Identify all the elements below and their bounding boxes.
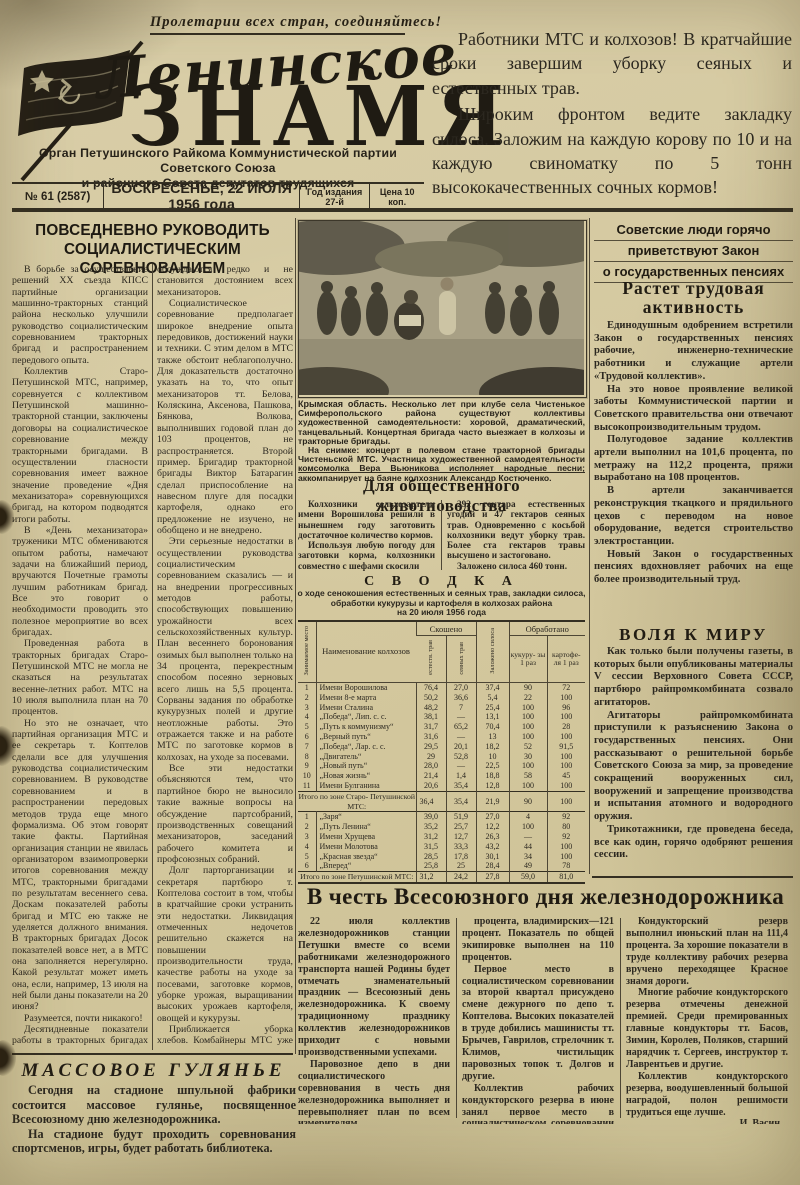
paragraph: Многие рабочие кондукторского резерва от… [626,987,788,1070]
festivity-text: Сегодня на стадионе шпульной фабрики сос… [12,1083,296,1156]
table-cell: 100 [547,781,585,791]
table-cell: 12,8 [476,781,509,791]
svodka-total1: Итого по зоне Старо- Петушинской МТС: 36… [298,791,585,812]
col-header-potato: картофе- ля 1 раз [547,636,585,683]
festivity-title: МАССОВОЕ ГУЛЯНЬЕ [12,1060,295,1082]
table-cell: 100 [547,732,585,742]
col-header-silage: Заложено силоса [489,628,496,674]
paragraph: Долг парторганизации и секретаря партбюр… [157,865,293,1024]
table-cell: 28,4 [476,861,509,871]
table-cell: 4 [298,842,316,852]
paragraph: В «День механизатора» труженики МТС обме… [12,525,148,638]
photo-caption: Крымская область. Несколько лет при клуб… [298,400,585,483]
livestock-rule [298,472,585,473]
railway-col3: Кондукторский резерв выполнил июньский п… [626,916,788,1124]
pensions-title-line1: Растет трудовая [594,279,793,298]
table-cell: 29,5 [416,742,446,752]
paragraph: На это новое проявление великой заботы К… [594,384,793,435]
svodka-subtitle-3: на 20 июля 1956 года [292,608,591,618]
table-cell: 76,4 [416,683,446,693]
peace-title: ВОЛЯ К МИРУ [594,625,793,645]
paragraph: Эти серьезные недостатки в осуществлении… [157,536,293,763]
table-cell: 17,8 [446,852,476,862]
paragraph: Новый Закон о государственных пенсиях вд… [594,549,793,587]
table-cell: 2 [298,693,316,703]
table-cell: 25,8 [416,861,446,871]
table-cell: 65,2 [446,722,476,732]
table-cell: 28,5 [416,852,446,862]
table-cell: 45 [547,771,585,781]
table-cell: 100 [547,712,585,722]
table-cell: 2 [298,822,316,832]
table-cell: 7 [446,703,476,713]
paragraph: процента, владимирских—121 процент. Пока… [462,916,614,964]
svodka-group1: 1Имени Ворошилова76,427,037,490722Имени … [298,683,585,792]
table-cell: 31,2 [416,832,446,842]
table-cell: 78 [547,861,585,871]
paragraph: Все эти недостатки объясняются тем, что … [157,763,293,865]
svodka-total2: Итого по зоне Петушинской МТС: 31,2 24,2… [298,872,585,883]
table-cell: Имени Хрущева [316,832,416,842]
table-cell: 91,5 [547,742,585,752]
table-cell: 100 [547,842,585,852]
pensions-body: Единодушным одобрением встретили Закон о… [594,320,793,620]
col-header-place: Занимаемое место [303,626,310,675]
table-cell: 33,3 [446,842,476,852]
table-cell: 35,2 [416,822,446,832]
table-cell: Имени Ворошилова [316,683,416,693]
table-cell: 1,4 [446,771,476,781]
paragraph: 22 июля коллектив железнодорожников стан… [298,916,450,1059]
kicker-line1: Советские люди горячо [594,220,793,241]
table-cell: 31,7 [416,722,446,732]
svodka-subtitle: о ходе сенокошения естественных и сеяных… [292,589,591,618]
paragraph: Первое место в социалистическом соревнов… [462,964,614,1083]
table-cell: 1 [298,812,316,822]
table-cell: 11 [298,781,316,791]
table-cell: 96 [547,703,585,713]
table-row: 8„Двигатель“2952,81030100 [298,752,585,762]
table-cell: 7 [298,742,316,752]
table-cell: 25,7 [446,822,476,832]
table-cell: 27,0 [476,812,509,822]
livestock-col1: Колхозники сельхозартели имени Ворошилов… [298,499,435,572]
table-cell: 4 [298,712,316,722]
lead-col2: Социалистическое соревнование предполага… [157,264,293,1050]
table-cell: 22 [509,693,547,703]
masthead-rule [12,208,793,212]
photo-image [299,221,584,395]
table-cell: 3 [298,832,316,842]
railway-title: В честь Всесоюзного дня железнодорожника [298,884,793,910]
table-cell: — [509,832,547,842]
table-cell: Имени Сталина [316,703,416,713]
front-page-slogan: Работники МТС и колхозов! В кратчайшие с… [432,27,792,200]
table-cell: „Заря“ [316,812,416,822]
table-cell: 8 [298,752,316,762]
table-cell: 37,4 [476,683,509,693]
table-row: 2Имени 8-е марта50,236,65,422100 [298,693,585,703]
paragraph: Сегодня на стадионе шпульной фабрики сос… [12,1083,296,1127]
table-row: 5„Путь к коммунизму“31,765,270,410028 [298,722,585,732]
table-cell: 30,1 [476,852,509,862]
table-row: 3Имени Сталина48,2725,410096 [298,703,585,713]
table-cell: 25 [446,861,476,871]
table-cell: Имени 8-е марта [316,693,416,703]
pensions-title-line2: активность [594,298,793,317]
festivity-rule [12,1053,293,1055]
table-cell: Имени Молотова [316,842,416,852]
table-cell: 52 [509,742,547,752]
table-cell: 36,6 [446,693,476,703]
paragraph: Колхозники сельхозартели имени Ворошилов… [298,499,435,540]
table-cell: 49 [509,861,547,871]
table-cell: 100 [509,732,547,742]
col-header-seeded: сеяных трав [458,642,465,675]
table-cell: 72 [547,683,585,693]
table-cell: 3 [298,703,316,713]
table-cell: 6 [298,861,316,871]
table-cell: 100 [509,722,547,732]
col-header-processed: Обработано [509,621,585,636]
table-cell: 39,0 [416,812,446,822]
table-cell: 1 [298,683,316,693]
table-row: 5„Красная звезда“28,517,830,134100 [298,852,585,862]
table-cell: 30 [509,752,547,762]
paragraph: Разумеется, почти никакого! [12,1013,148,1024]
issue-number: № 61 (2587) [12,184,104,210]
col-header-name: Наименование колхозов [316,621,416,683]
railway-col-rule1 [456,918,457,1118]
table-cell: 48,2 [416,703,446,713]
table-cell: 6 [298,732,316,742]
col-header-natural: естеств. трав [427,640,434,675]
table-cell: „Путь Ленина“ [316,822,416,832]
svodka-group2: 1„Заря“39,051,927,04922„Путь Ленина“35,2… [298,812,585,872]
newspaper-page: Пролетарии всех стран, соединяйтесь! Лен… [0,0,800,1185]
table-row: 2„Путь Ленина“35,225,712,210080 [298,822,585,832]
lead-article-body: В борьбе за осуществление решений XX съе… [12,264,293,1050]
table-row: 7„Победа“, Лар. с. с.29,520,118,25291,5 [298,742,585,752]
table-cell: 100 [509,703,547,713]
table-cell: 92 [547,832,585,842]
table-cell: 44 [509,842,547,852]
table-cell: 100 [547,761,585,771]
table-cell: 38,1 [416,712,446,722]
paragraph: Паровозное депо в дни социалистического … [298,1059,450,1124]
table-row: 6„Вперед“25,82528,44978 [298,861,585,871]
table-cell: 100 [509,781,547,791]
table-cell: „Путь к коммунизму“ [316,722,416,732]
table-cell: 18,2 [476,742,509,752]
svodka-table-header: Занимаемое место Наименование колхозов С… [298,621,585,683]
caption-p1: Крымская область. Несколько лет при клуб… [298,400,585,446]
table-cell: 92 [547,812,585,822]
table-cell: 10 [476,752,509,762]
paragraph: Единодушным одобрением встретили Закон о… [594,320,793,384]
issue-date: ВОСКРЕСЕНЬЕ, 22 ИЮЛЯ 1956 года [104,184,300,210]
table-cell: 100 [547,693,585,703]
table-row: 11Имени Булганина20,635,412,8100100 [298,781,585,791]
table-cell: 29 [416,752,446,762]
paragraph: Используя любую погоду для заготовки кор… [298,540,435,571]
peace-body: Как только были получены газеты, в котор… [594,646,793,872]
table-cell: 31,5 [416,842,446,852]
column-rule-right [589,218,590,874]
table-cell: „Победа“, Лип. с. с. [316,712,416,722]
table-cell: — [446,761,476,771]
railway-col1: 22 июля коллектив железнодорожников стан… [298,916,450,1124]
table-cell: 12,7 [446,832,476,842]
table-cell: 20,1 [446,742,476,752]
table-cell: Имени Булганина [316,781,416,791]
table-cell: „Вперед“ [316,861,416,871]
table-cell: 100 [547,752,585,762]
livestock-col-rule [441,500,442,570]
table-cell: 100 [509,712,547,722]
table-cell: 70,4 [476,722,509,732]
table-row: 1„Заря“39,051,927,0492 [298,812,585,822]
table-cell: 18,8 [476,771,509,781]
slogan-p1: Работники МТС и колхозов! В кратчайшие с… [432,27,792,100]
table-cell: 51,9 [446,812,476,822]
table-cell: „Верный путь“ [316,732,416,742]
table-cell: — [446,732,476,742]
author-signature: И. Васин [626,1118,788,1124]
table-cell: 5,4 [476,693,509,703]
table-cell: 4 [509,812,547,822]
table-cell: 34 [509,852,547,862]
table-cell: 90 [509,683,547,693]
table-cell: „Новая жизнь“ [316,771,416,781]
photo-field-concert [298,220,587,398]
paragraph: Кондукторский резерв выполнил июньский п… [626,916,788,987]
table-cell: 31,6 [416,732,446,742]
table-row: 4Имени Молотова31,533,343,244100 [298,842,585,852]
paragraph: 292 гектара естественных угодий и 47 гек… [447,499,585,561]
railway-col2: процента, владимирских—121 процент. Пока… [462,916,614,1124]
col-header-corn: кукуру- зы 1 раз [509,636,547,683]
lead-title-line1: ПОВСЕДНЕВНО РУКОВОДИТЬ [12,221,293,240]
table-cell: 22,5 [476,761,509,771]
paragraph: Агитаторы райпромкомбината приступили к … [594,710,793,824]
table-total-row: Итого по зоне Старо- Петушинской МТС: 36… [298,791,585,812]
table-cell: 100 [547,852,585,862]
table-cell: 27,0 [446,683,476,693]
table-cell: 21,4 [416,771,446,781]
paragraph: Трикотажники, где проведена беседа, все … [594,824,793,862]
table-row: 6„Верный путь“31,6—13100100 [298,732,585,742]
table-cell: 80 [547,822,585,832]
table-cell: 25,4 [476,703,509,713]
table-cell: 28,0 [416,761,446,771]
table-row: 3Имени Хрущева31,212,726,3—92 [298,832,585,842]
table-cell: 43,2 [476,842,509,852]
column-rule-left [295,218,296,1054]
table-cell: 100 [509,761,547,771]
table-cell: 12,2 [476,822,509,832]
table-cell: „Новый путь“ [316,761,416,771]
paragraph: Как только были получены газеты, в котор… [594,646,793,710]
table-cell: — [446,712,476,722]
slogan-p2: Широким фронтом ведите закладку силоса. … [432,102,792,200]
pensions-title: Растет трудовая активность [594,279,793,317]
table-cell: 28 [547,722,585,732]
table-cell: 35,4 [446,781,476,791]
table-row: 1Имени Ворошилова76,427,037,49072 [298,683,585,693]
railway-top-rule [592,876,793,878]
table-total-row: Итого по зоне Петушинской МТС: 31,2 24,2… [298,872,585,883]
table-cell: „Победа“, Лар. с. с. [316,742,416,752]
table-row: 10„Новая жизнь“21,41,418,85845 [298,771,585,781]
paragraph: Проведенная работа в тракторных бригадах… [12,638,148,717]
paragraph: Полугодовое задание коллектив артели вып… [594,434,793,485]
svodka-table: Занимаемое место Наименование колхозов С… [298,620,585,884]
table-cell: 100 [509,822,547,832]
railway-col-rule2 [620,918,621,1118]
table-cell: „Красная звезда“ [316,852,416,862]
paragraph: Коллектив Старо-Петушинской МТС, наприме… [12,366,148,525]
paragraph: В борьбе за осуществление решений XX съе… [12,264,148,366]
table-row: 9„Новый путь“28,0—22,5100100 [298,761,585,771]
table-cell: 10 [298,771,316,781]
table-cell: 52,8 [446,752,476,762]
livestock-col2: 292 гектара естественных угодий и 47 гек… [447,499,585,572]
table-row: 4„Победа“, Лип. с. с.38,1—13,1100100 [298,712,585,722]
lead-article-columns: В борьбе за осуществление решений XX съе… [12,264,293,1050]
table-cell: „Двигатель“ [316,752,416,762]
col-header-mowed: Скошено [416,621,476,636]
paragraph: Заложено силоса 460 тонн. [447,561,585,571]
table-cell: 26,3 [476,832,509,842]
table-cell: 50,2 [416,693,446,703]
table-cell: 5 [298,722,316,732]
railway-col3-paragraphs: Кондукторский резерв выполнил июньский п… [626,916,788,1118]
paragraph: Коллектив рабочих кондукторского резерва… [462,1083,614,1124]
paragraph: Коллектив кондукторского резерва, воодуш… [626,1071,788,1119]
kicker-line2: приветствуют Закон [594,241,793,262]
table-cell: 13,1 [476,712,509,722]
table-cell: 5 [298,852,316,862]
paragraph: Социалистическое соревнование предполага… [157,298,293,536]
paragraph: В артели заканчивается реконструкция тка… [594,485,793,549]
table-cell: 13 [476,732,509,742]
price: Цена 10 коп. [370,184,424,210]
paragraph: На стадионе будут проходить соревнования… [12,1127,296,1156]
edition-year: Год издания 27-й [300,184,371,210]
organ-line-1: Орган Петушинского Райкома Коммунистичес… [12,146,424,176]
table-cell: 9 [298,761,316,771]
table-cell: 58 [509,771,547,781]
pensions-kicker: Советские люди горячо приветствуют Закон… [594,220,793,283]
paragraph: Но это не означает, что партийная органи… [12,718,148,1013]
table-cell: 20,6 [416,781,446,791]
